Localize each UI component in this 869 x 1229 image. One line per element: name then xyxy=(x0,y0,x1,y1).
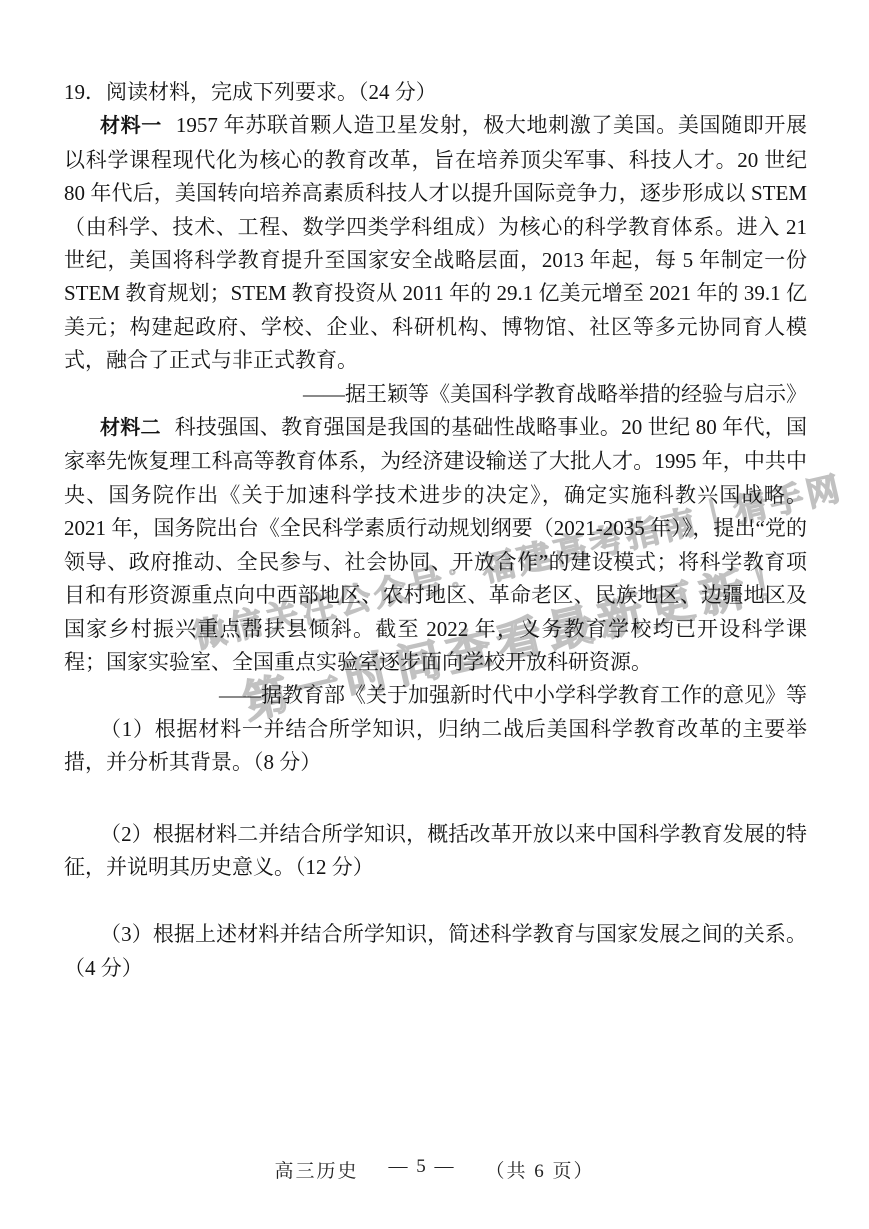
question-header: 19．阅读材料，完成下列要求。（24 分） xyxy=(64,76,807,109)
material-two-label: 材料二 xyxy=(100,417,161,439)
material-one-text: 1957 年苏联首颗人造卫星发射，极大地刺激了美国。美国随即开展以科学课程现代化… xyxy=(64,113,807,372)
material-one-attribution: ——据王颖等《美国科学教育战略举措的经验与启示》 xyxy=(64,378,807,411)
material-one-label: 材料一 xyxy=(100,115,162,137)
footer-total-pages: （共 6 页） xyxy=(486,1156,595,1183)
sub-question-2: （2）根据材料二并结合所学知识，概括改革开放以来中国科学教育发展的特征，并说明其… xyxy=(64,818,807,885)
material-two-paragraph: 材料二科技强国、教育强国是我国的基础性战略事业。20 世纪 80 年代，国家率先… xyxy=(64,411,807,679)
question-intro: 阅读材料，完成下列要求。（24 分） xyxy=(106,80,437,104)
exam-paper-page: 微信关注公众号：福建高考指南｜猜手网 第一时间查看最新更新！ 19．阅读材料，完… xyxy=(0,0,869,1229)
footer-subject: 高三历史 xyxy=(274,1156,358,1183)
material-two-text: 科技强国、教育强国是我国的基础性战略事业。20 世纪 80 年代，国家率先恢复理… xyxy=(64,415,807,674)
sub-question-3: （3）根据上述材料并结合所学知识，简述科学教育与国家发展之间的关系。（4 分） xyxy=(64,918,807,985)
exam-content: 19．阅读材料，完成下列要求。（24 分） 材料一1957 年苏联首颗人造卫星发… xyxy=(64,76,807,985)
page-footer: 高三历史 — 5 — （共 6 页） xyxy=(0,1156,869,1183)
question-number: 19． xyxy=(64,80,106,104)
material-one-paragraph: 材料一1957 年苏联首颗人造卫星发射，极大地刺激了美国。美国随即开展以科学课程… xyxy=(64,109,807,377)
sub-question-1: （1）根据材料一并结合所学知识，归纳二战后美国科学教育改革的主要举措，并分析其背… xyxy=(64,713,807,780)
material-two-attribution: ——据教育部《关于加强新时代中小学科学教育工作的意见》等 xyxy=(64,679,807,712)
footer-page-number: — 5 — xyxy=(389,1156,456,1183)
